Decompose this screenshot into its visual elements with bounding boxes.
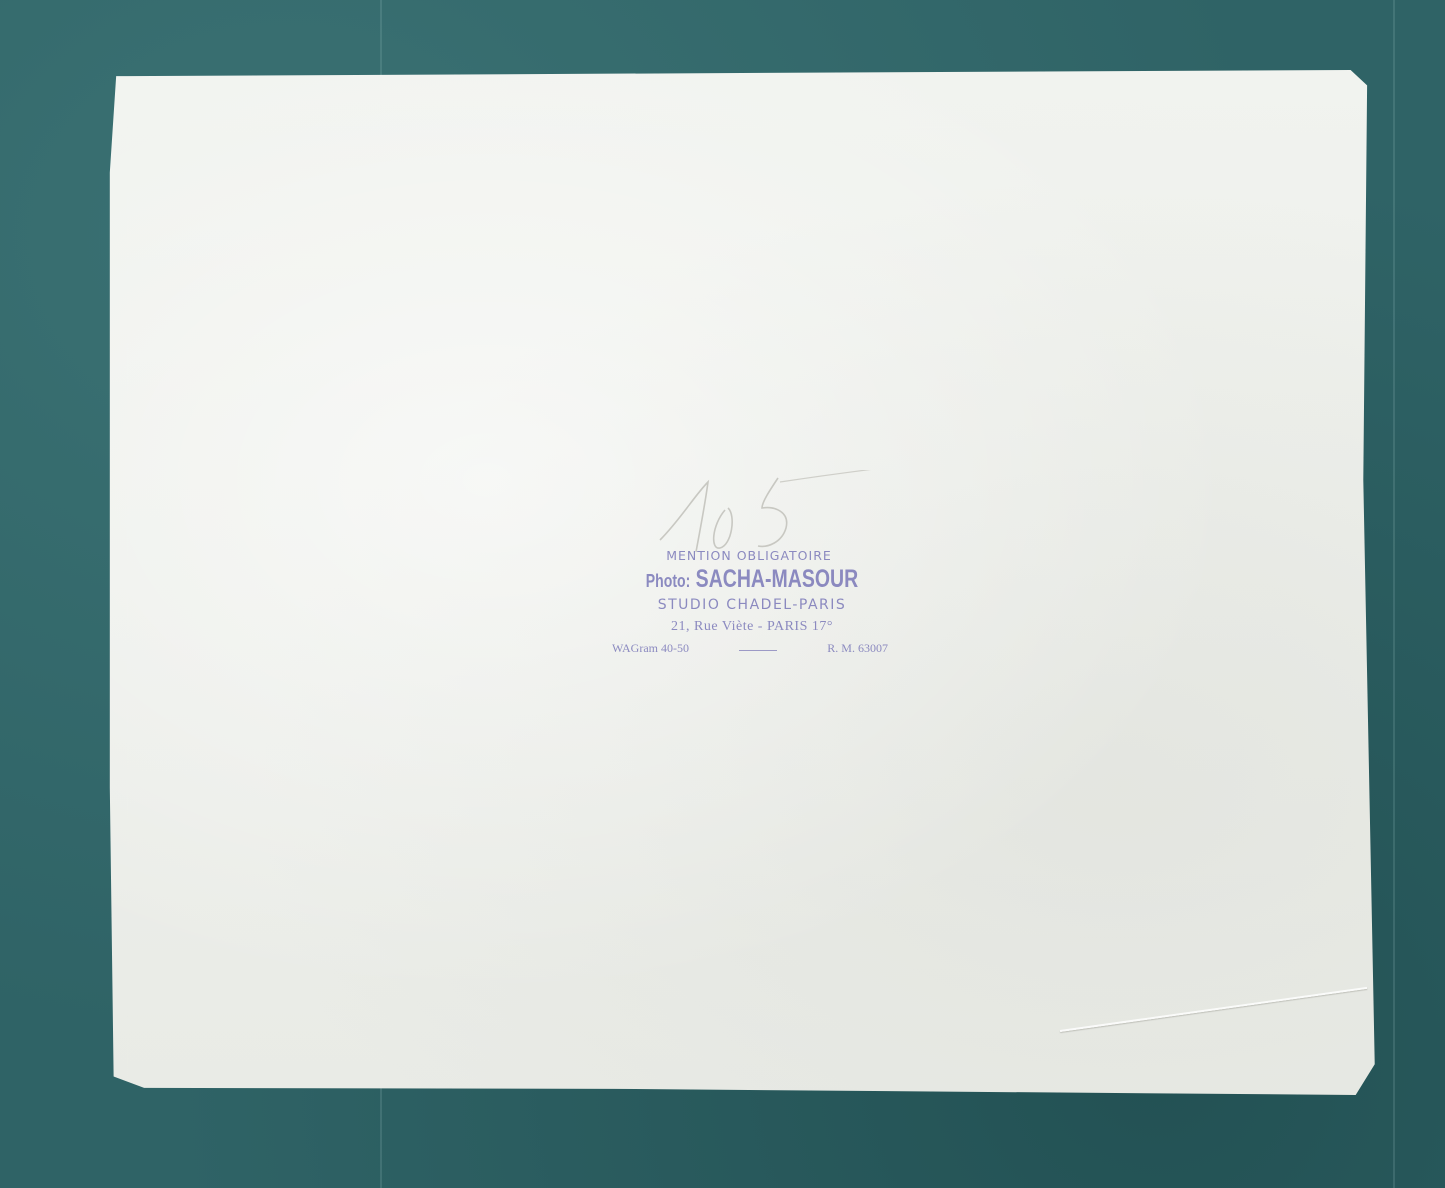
stamp-photo-prefix: Photo: — [646, 571, 690, 591]
stamp-phone: WAGram 40-50 — [612, 641, 689, 656]
stamp-address: 21, Rue Viète - PARIS 17° — [612, 619, 892, 635]
stamp-studio: STUDIO CHADEL-PARIS — [612, 597, 892, 613]
stamp-divider — [739, 650, 777, 651]
mat-seam-right — [1393, 0, 1395, 1188]
stamp-footer: WAGram 40-50 R. M. 63007 — [612, 641, 892, 656]
stamp-registry: R. M. 63007 — [827, 641, 888, 656]
stamp-photographer-name: SACHA-MASOUR — [696, 565, 858, 593]
stamp-photographer: Photo: SACHA-MASOUR — [643, 565, 861, 595]
pencil-annotation: 105 — [650, 470, 890, 560]
photographer-stamp: MENTION OBLIGATOIRE Photo: SACHA-MASOUR … — [612, 548, 892, 656]
stamp-mention: MENTION OBLIGATOIRE — [606, 548, 892, 563]
